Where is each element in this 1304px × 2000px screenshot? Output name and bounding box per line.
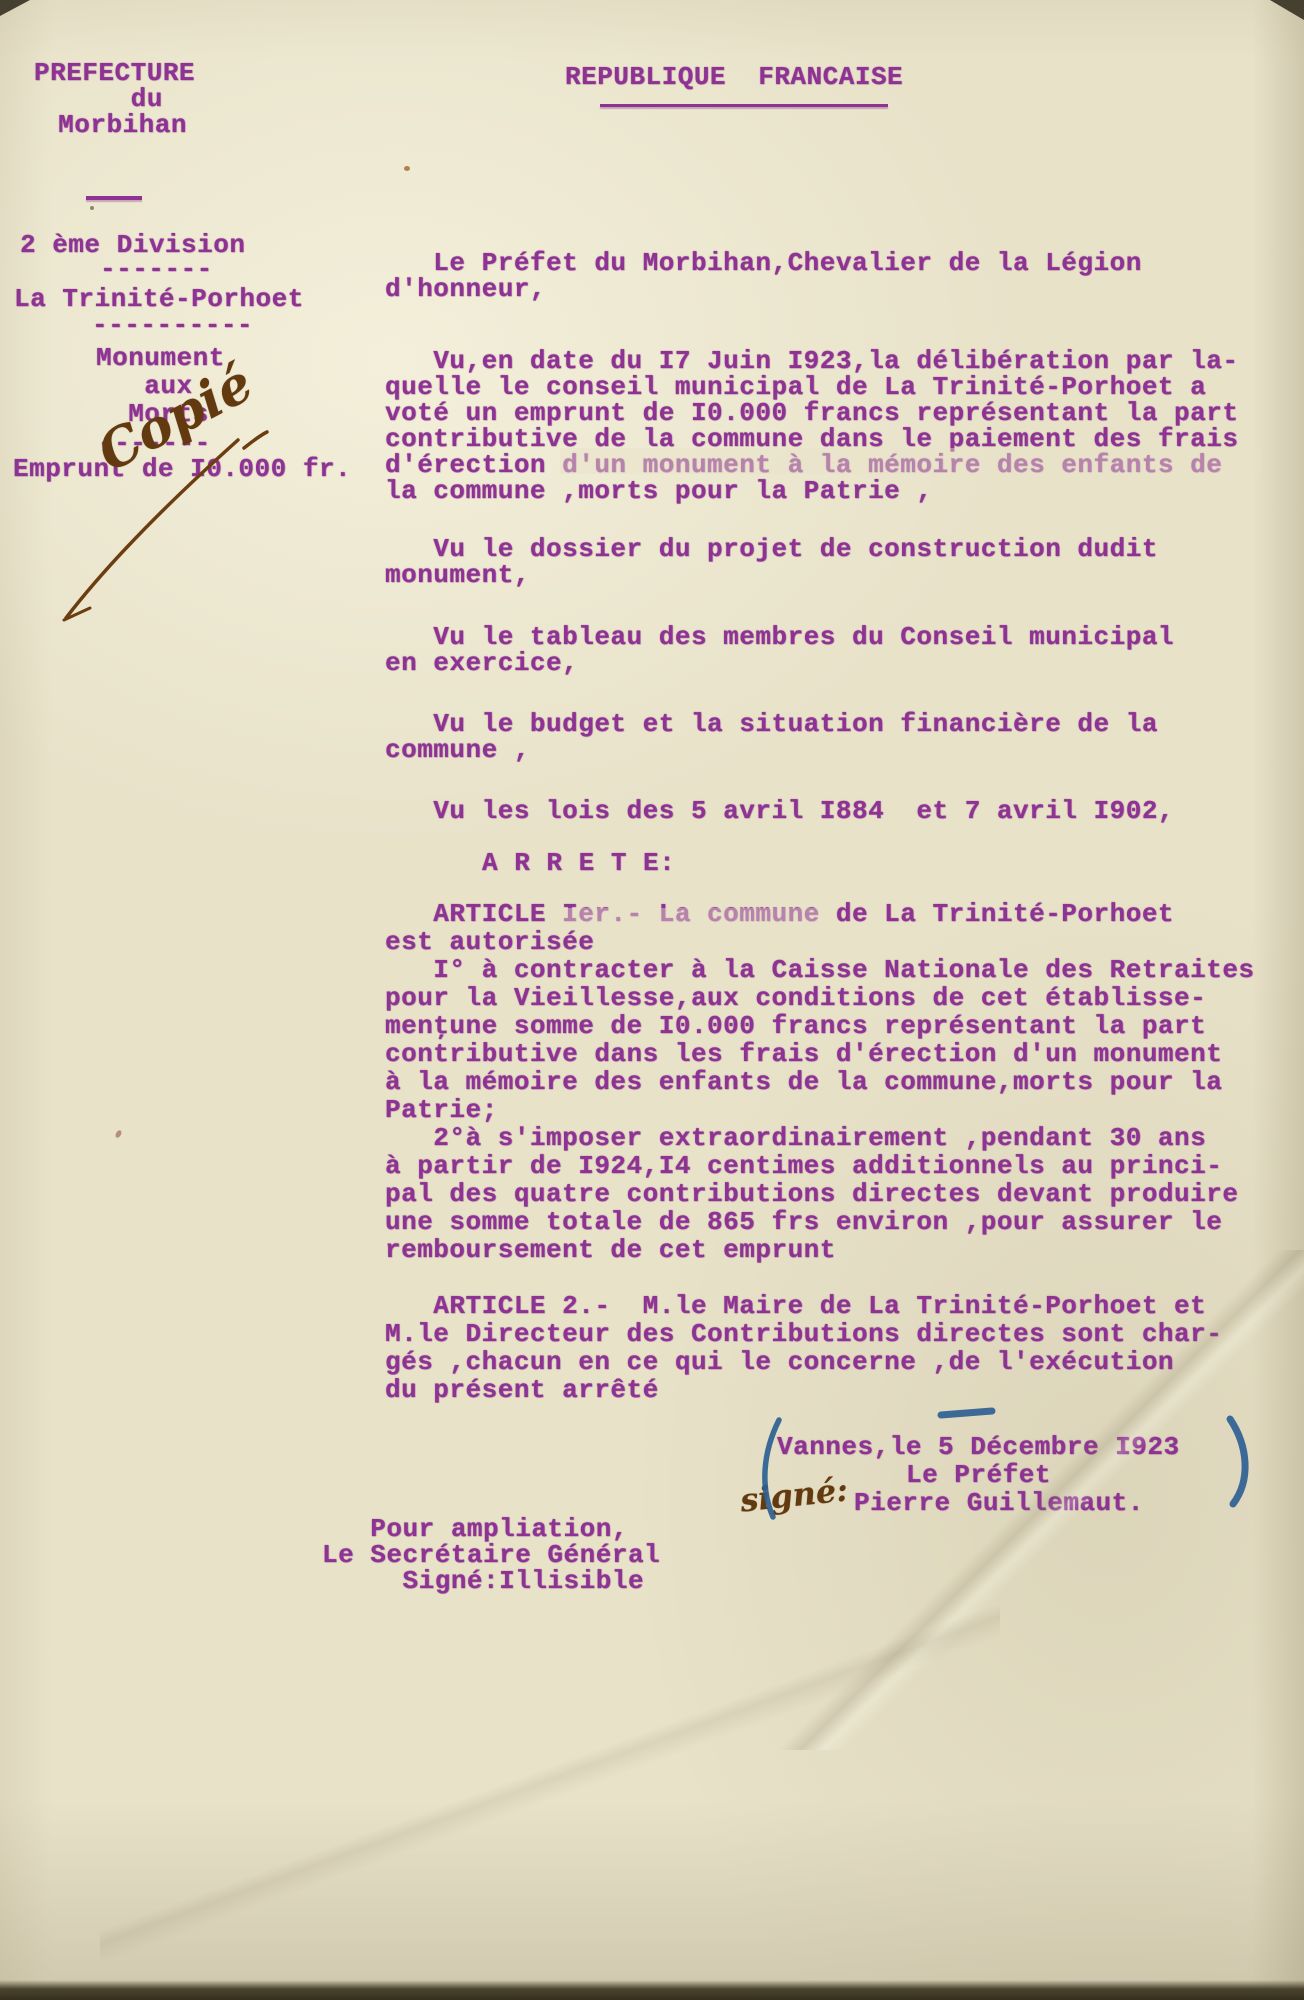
copie-arrow-barb [64,608,90,620]
scanned-document-page: PREFECTURE du Morbihan REPUBLIQUE FRANCA… [0,0,1304,2000]
margin-commune: La Trinité-Porhoet [14,286,304,312]
signature-name: Pierre Guillemaut. [854,1490,1144,1516]
signe-handwritten: signé: [738,1470,849,1519]
prefecture-header: PREFECTURE du Morbihan [34,60,195,138]
article-2-paragraph: ARTICLE 2.- M.le Maire de La Trinité-Por… [385,1292,1222,1404]
salutation-paragraph: Le Préfet du Morbihan,Chevalier de la Lé… [385,250,1142,302]
blue-parenthesis-right [1230,1419,1245,1504]
republic-title: REPUBLIQUE FRANCAISE [565,64,903,90]
paper-crease-2 [100,1600,1000,1960]
signature-place-date: Vannes,le 5 Décembre I923 [777,1434,1180,1460]
vu-deliberation-paragraph: Vu,en date du I7 Juin I923,la délibérati… [385,348,1238,504]
vu-dossier-paragraph: Vu le dossier du projet de construction … [385,536,1158,588]
republic-underline [600,104,888,107]
paper-speck-3 [114,1129,122,1138]
ampliation-block: Pour ampliation, Le Secrétaire Général S… [322,1516,660,1594]
margin-separator-2: ---------- [92,312,253,338]
scan-edge-bottom [0,1980,1304,2000]
margin-separator-1: ------- [100,256,213,282]
vu-budget-paragraph: Vu le budget et la situation financière … [385,711,1158,763]
paper-speck-2 [90,206,94,210]
signature-title: Le Préfet [906,1462,1051,1488]
paper-speck-1 [404,166,410,171]
scan-corner-top-right [1270,0,1304,20]
vu-lois-paragraph: Vu les lois des 5 avril I884 et 7 avril … [385,798,1174,824]
margin-loan-note: Emprunt de I0.000 fr. [13,456,351,482]
blue-dash-mark [941,1411,992,1415]
article-1-paragraph: ARTICLE Ier.- La commune de La Trinité-P… [385,900,1255,1264]
scan-corner-top-left [0,0,30,16]
vu-tableau-paragraph: Vu le tableau des membres du Conseil mun… [385,624,1174,676]
copie-flick-stroke [244,432,267,448]
arrete-heading: A R R E T E: [482,850,675,876]
prefecture-separator-line [86,196,142,200]
